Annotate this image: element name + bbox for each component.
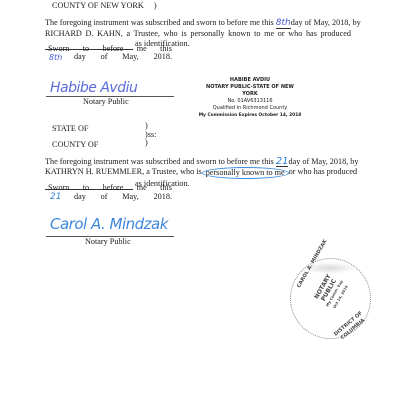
notary-public-caption-1: Notary Public [83,97,129,107]
notary-stamp: HABIBE AVDIU NOTARY PUBLIC-STATE OF NEW … [198,77,302,119]
county-text: COUNTY OF NEW YORK [52,1,144,10]
stamp-qualified: Qualified in Richmond County [198,105,302,112]
line1-post: day of May, 2018, by [291,18,361,29]
bracket: ) [154,1,157,10]
word: of [101,192,108,202]
stamp-name: HABIBE AVDIU [198,77,302,84]
word: May, [122,52,139,62]
paragraph-line-2: RICHARD D. KAHN, a Trustee, who is perso… [45,29,351,39]
word: day [74,192,86,202]
stamp-title: NOTARY PUBLIC-STATE OF NEW YORK [198,84,302,98]
line2-pre: KATHRYN H. RUEMMLER, a Trustee, who is [45,167,202,179]
handwritten-day: 21 [276,157,289,167]
day-line-1: 8th day of May, 2018. [48,52,172,62]
state-label: STATE OF [52,124,88,134]
county-label-1: COUNTY OF NEW YORK ) [52,1,157,11]
line1-pre: The foregoing instrument was subscribed … [45,157,274,167]
stamp-expires: My Commission Expires October 14, 2018 [198,112,302,119]
day-line-2: 21 day of May, 2018. [48,192,172,202]
word: May, [122,192,139,202]
word: 2018. [154,52,172,62]
word: 2018. [154,192,172,202]
handwritten-day-2: 21 [50,192,61,202]
handwritten-day-2: 8th [49,53,62,63]
paragraph-line-1: The foregoing instrument was subscribed … [45,157,351,167]
paragraph-line-1: The foregoing instrument was subscribed … [45,18,351,29]
line1-pre: The foregoing instrument was subscribed … [45,18,274,29]
word: day [74,52,86,62]
county-label-2: COUNTY OF [52,140,98,150]
signature-2: Carol A. Mindzak [50,215,168,233]
word: of [101,52,108,62]
bracket: ) [145,139,156,148]
line1-post: day of May, 2018, by [288,157,358,167]
ss-bracket: ) )ss: ) [145,122,156,148]
signature-1: Habibe Avdiu [50,80,137,96]
notary-public-caption-2: Notary Public [85,237,131,247]
notary-seal: CAROL A. MINDZAK DISTRICT OF COLUMBIA NO… [290,258,372,340]
handwritten-day: 8th [276,18,291,29]
line2-post: or who has produced [289,167,357,179]
circled-personally-known: personally known to me [202,167,289,179]
stamp-number: No. 01AV6313116 [198,98,302,105]
paragraph-line-2: KATHRYN H. RUEMMLER, a Trustee, who is p… [45,167,351,179]
